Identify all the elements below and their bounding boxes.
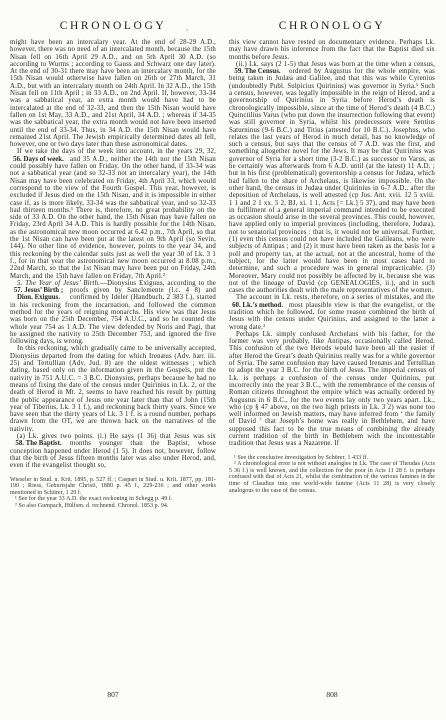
print-artifact-mark: , [186,24,188,32]
right-body-text: this view cannot have rested on document… [229,39,435,448]
footnote-continuation: Wieseler in Stud. u. Krit. 1895, p. 527 … [10,477,216,497]
right-page-column: CHRONOLOGY this view cannot have rested … [229,16,435,712]
page-number-807: 807 [10,690,216,712]
paragraph-text: Perhaps Lk. simply confused Archelaus wi… [229,331,435,447]
left-footnotes: Wieseler in Stud. u. Krit. 1895, p. 527 … [10,477,216,510]
cutin-note-57-jesus-birth: 57. Jesus’ Birth ; Dion. Exiguus. [10,287,70,301]
right-footnotes: ¹ See the conclusive investigation by Sc… [229,455,435,495]
footnote-1: ¹ See for the year 33 A.D. the exact rec… [10,496,216,503]
paragraph-archelaus-confusion: Perhaps Lk. simply confused Archelaus wi… [229,331,435,448]
footnote-2: ² So also Gumpach, Hülfsm. d. rechnend. … [10,503,216,510]
paragraph-text: might have been an intercalary year. At … [10,39,216,148]
running-head-right: CHRONOLOGY [229,20,435,32]
left-body-text: might have been an intercalary year. At … [10,39,216,470]
cutin-note-58-the-baptist: 58. The Baptist. [10,440,70,447]
section-lead: 5. The Year of Jesus’ Birth. [17,280,100,287]
paragraph-text: this view cannot have rested on document… [229,39,435,61]
paragraph-text: empire, was being taken in Judæa and Gal… [229,68,435,294]
paragraph-days-of-week: If we take the days of the week into acc… [10,148,216,279]
running-head-left: CHRONOLOGY , [10,20,216,32]
paragraph-documentary-evidence: this view cannot have rested on document… [229,39,435,61]
paragraph-the-baptist: (a) Lk. gives two points. (i.) He says (… [10,433,216,469]
page-number-808: 808 [229,690,435,712]
running-head-left-title: CHRONOLOGY [60,20,167,32]
paragraph-the-census: (ii.) Lk. says (2 1-5) that Jesus was bo… [229,61,435,295]
running-head-right-title: CHRONOLOGY [279,20,386,32]
cutin-note-60-lks-method: 60. Lk.’s method. [229,302,289,309]
paragraph-text: In this reckoning, which gradually came … [10,345,216,432]
paragraph-text: 15th Nisan could possibly have fallen on… [10,156,216,280]
left-page-column: CHRONOLOGY , might have been an intercal… [10,16,216,712]
paragraph-intercalary-year: might have been an intercalary year. At … [10,39,216,148]
cutin-note-56-days-of-week: 56. Days of week. [10,156,70,163]
paragraph-text: conception happened under Herod (1 5). I… [10,448,216,470]
scanned-book-page: CHRONOLOGY , might have been an intercal… [0,0,446,720]
paragraph-year-of-jesus-birth: 5. The Year of Jesus’ Birth.—Dionysius E… [10,280,216,346]
paragraph-dionysius-reckoning: In this reckoning, which gradually came … [10,345,216,433]
footnote-2: ² A chronological error is not without a… [229,461,435,494]
cutin-note-59-the-census: 59. The Census. [229,68,289,75]
paragraph-lks-method: The account in Lk. rests, therefore, on … [229,294,435,330]
